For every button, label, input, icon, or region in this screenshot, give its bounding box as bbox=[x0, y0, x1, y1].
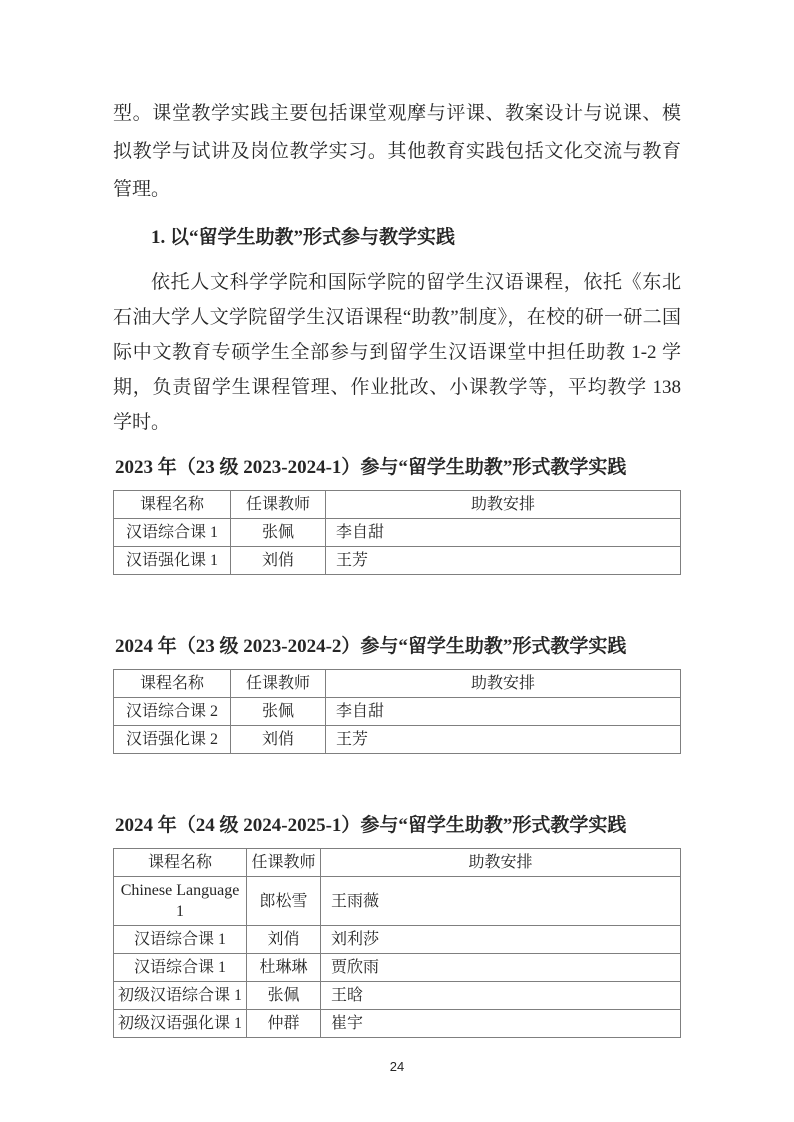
assistant-cell: 李自甜 bbox=[326, 519, 681, 547]
course-cell: 汉语综合课 1 bbox=[114, 954, 247, 982]
table-row: 汉语强化课 1 刘俏 王芳 bbox=[114, 547, 681, 575]
table-row: 初级汉语综合课 1 张佩 王晗 bbox=[114, 982, 681, 1010]
table-row: 初级汉语强化课 1 仲群 崔宇 bbox=[114, 1010, 681, 1038]
assistant-cell: 王芳 bbox=[326, 547, 681, 575]
course-cell: 初级汉语强化课 1 bbox=[114, 1010, 247, 1038]
assistant-cell: 贾欣雨 bbox=[321, 954, 681, 982]
teacher-cell: 仲群 bbox=[247, 1010, 321, 1038]
assistant-cell: 刘利莎 bbox=[321, 926, 681, 954]
table-row: 汉语综合课 1 杜琳琳 贾欣雨 bbox=[114, 954, 681, 982]
teacher-cell: 张佩 bbox=[247, 982, 321, 1010]
table-row: 汉语综合课 1 刘俏 刘利莎 bbox=[114, 926, 681, 954]
table-row: Chinese Language 1 郎松雪 王雨薇 bbox=[114, 877, 681, 926]
header-cell-teacher: 任课教师 bbox=[247, 849, 321, 877]
course-cell: 汉语综合课 2 bbox=[114, 698, 231, 726]
page-content: 型。课堂教学实践主要包括课堂观摩与评课、教案设计与说课、模拟教学与试讲及岗位教学… bbox=[113, 95, 681, 1074]
header-cell-assistant: 助教安排 bbox=[326, 670, 681, 698]
table-row: 汉语综合课 2 张佩 李自甜 bbox=[114, 698, 681, 726]
course-cell: 初级汉语综合课 1 bbox=[114, 982, 247, 1010]
table-2023-2024-2: 课程名称 任课教师 助教安排 汉语综合课 2 张佩 李自甜 汉语强化课 2 刘俏… bbox=[113, 669, 681, 754]
table-2024-2025-1: 课程名称 任课教师 助教安排 Chinese Language 1 郎松雪 王雨… bbox=[113, 848, 681, 1038]
assistant-cell: 王晗 bbox=[321, 982, 681, 1010]
header-cell-assistant: 助教安排 bbox=[321, 849, 681, 877]
intro-paragraph: 型。课堂教学实践主要包括课堂观摩与评课、教案设计与说课、模拟教学与试讲及岗位教学… bbox=[113, 95, 681, 209]
table-header-row: 课程名称 任课教师 助教安排 bbox=[114, 491, 681, 519]
header-cell-teacher: 任课教师 bbox=[231, 491, 326, 519]
header-cell-course: 课程名称 bbox=[114, 849, 247, 877]
course-cell: Chinese Language 1 bbox=[114, 877, 247, 926]
course-cell: 汉语强化课 2 bbox=[114, 726, 231, 754]
teacher-cell: 郎松雪 bbox=[247, 877, 321, 926]
header-cell-course: 课程名称 bbox=[114, 670, 231, 698]
teacher-cell: 张佩 bbox=[231, 519, 326, 547]
assistant-cell: 王芳 bbox=[326, 726, 681, 754]
table-row: 汉语综合课 1 张佩 李自甜 bbox=[114, 519, 681, 547]
course-cell: 汉语综合课 1 bbox=[114, 926, 247, 954]
section-heading: 1. 以“留学生助教”形式参与教学实践 bbox=[113, 223, 681, 252]
table-3-title: 2024 年（24 级 2024-2025-1）参与“留学生助教”形式教学实践 bbox=[115, 814, 681, 838]
body-paragraph: 依托人文科学学院和国际学院的留学生汉语课程，依托《东北石油大学人文学院留学生汉语… bbox=[113, 265, 681, 440]
table-2-title: 2024 年（23 级 2023-2024-2）参与“留学生助教”形式教学实践 bbox=[115, 635, 681, 659]
teacher-cell: 刘俏 bbox=[231, 547, 326, 575]
teacher-cell: 刘俏 bbox=[247, 926, 321, 954]
assistant-cell: 李自甜 bbox=[326, 698, 681, 726]
header-cell-course: 课程名称 bbox=[114, 491, 231, 519]
table-header-row: 课程名称 任课教师 助教安排 bbox=[114, 670, 681, 698]
page-number: 24 bbox=[113, 1059, 681, 1074]
course-cell: 汉语综合课 1 bbox=[114, 519, 231, 547]
assistant-cell: 崔宇 bbox=[321, 1010, 681, 1038]
course-cell: 汉语强化课 1 bbox=[114, 547, 231, 575]
header-cell-assistant: 助教安排 bbox=[326, 491, 681, 519]
table-row: 汉语强化课 2 刘俏 王芳 bbox=[114, 726, 681, 754]
table-2023-2024-1: 课程名称 任课教师 助教安排 汉语综合课 1 张佩 李自甜 汉语强化课 1 刘俏… bbox=[113, 490, 681, 575]
document-page: 型。课堂教学实践主要包括课堂观摩与评课、教案设计与说课、模拟教学与试讲及岗位教学… bbox=[0, 0, 794, 1122]
header-cell-teacher: 任课教师 bbox=[231, 670, 326, 698]
table-header-row: 课程名称 任课教师 助教安排 bbox=[114, 849, 681, 877]
teacher-cell: 刘俏 bbox=[231, 726, 326, 754]
table-1-title: 2023 年（23 级 2023-2024-1）参与“留学生助教”形式教学实践 bbox=[115, 456, 681, 480]
teacher-cell: 杜琳琳 bbox=[247, 954, 321, 982]
assistant-cell: 王雨薇 bbox=[321, 877, 681, 926]
teacher-cell: 张佩 bbox=[231, 698, 326, 726]
